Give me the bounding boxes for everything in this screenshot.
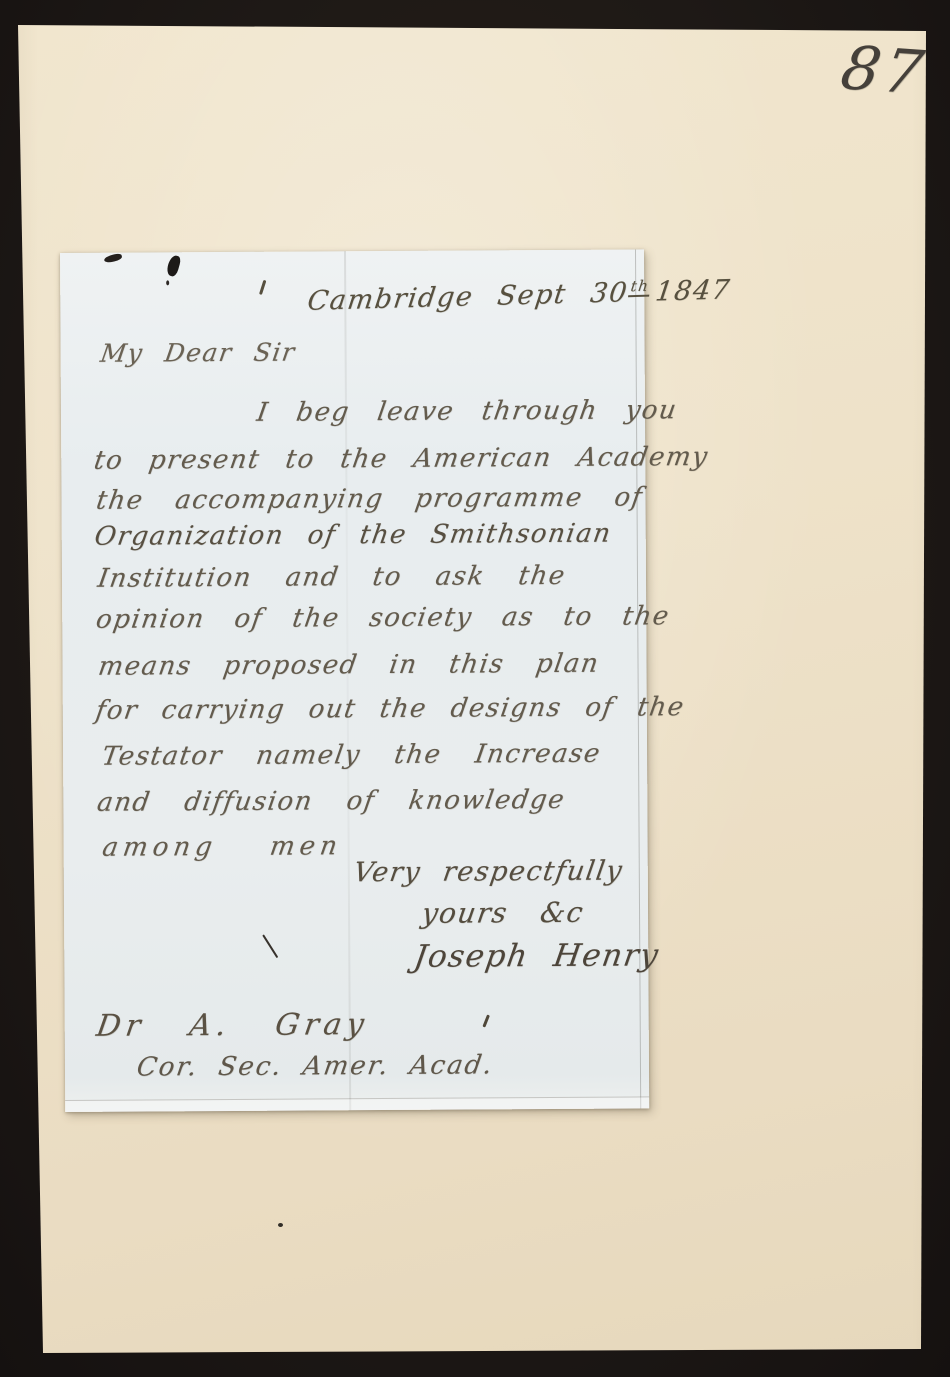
letter-body-line: to present to the American Academy [92,442,711,476]
letter-body-line: opinion of the society as to the [94,601,672,635]
stray-pen-mark [262,934,278,958]
signature: Joseph Henry [412,937,662,975]
letter-body-line: for carrying out the designs of the [94,692,687,726]
ink-speck [278,1223,283,1227]
letter-body-line: the accompanying programme of [94,482,645,515]
letter-body-line: Organization of the Smithsonian [92,519,613,552]
ink-blot [165,254,181,277]
closing-line: yours &c [420,896,587,930]
dateline-place: Cambridge [306,281,476,316]
dateline-ordinal: th [628,277,651,298]
closing-line: Very respectfully [351,856,625,889]
letter-body-line: means proposed in this plan [96,649,601,682]
stray-pen-mark [482,1014,489,1027]
salutation: My Dear Sir [98,338,297,368]
letter-body-line: and diffusion of knowledge [95,785,567,818]
letter-body-line: among men [100,831,344,862]
letter-sheet: Cambridge Sept 30th1847 My Dear Sir I be… [60,249,649,1112]
letter-body-line: I beg leave through you [255,395,680,428]
fold-crease-center [344,251,351,1110]
fold-crease-right [635,249,641,1108]
ink-blot [103,253,122,264]
stray-pen-mark [259,280,266,295]
recipient-title: Cor. Sec. Amer. Acad. [135,1050,496,1082]
dateline-year: 1847 [654,274,733,307]
letter-body-line: Testator namely the Increase [100,739,603,772]
page-number: 87 [836,33,932,108]
letter-body-line: Institution and to ask the [96,561,568,594]
scanned-document-view: 87 Cambridge Sept 30th1847 My Dear Sir I… [0,0,950,1377]
dateline-month-day: Sept 30 [495,277,630,312]
ink-blot [166,280,169,285]
recipient-name: Dr A. Gray [94,1007,371,1044]
